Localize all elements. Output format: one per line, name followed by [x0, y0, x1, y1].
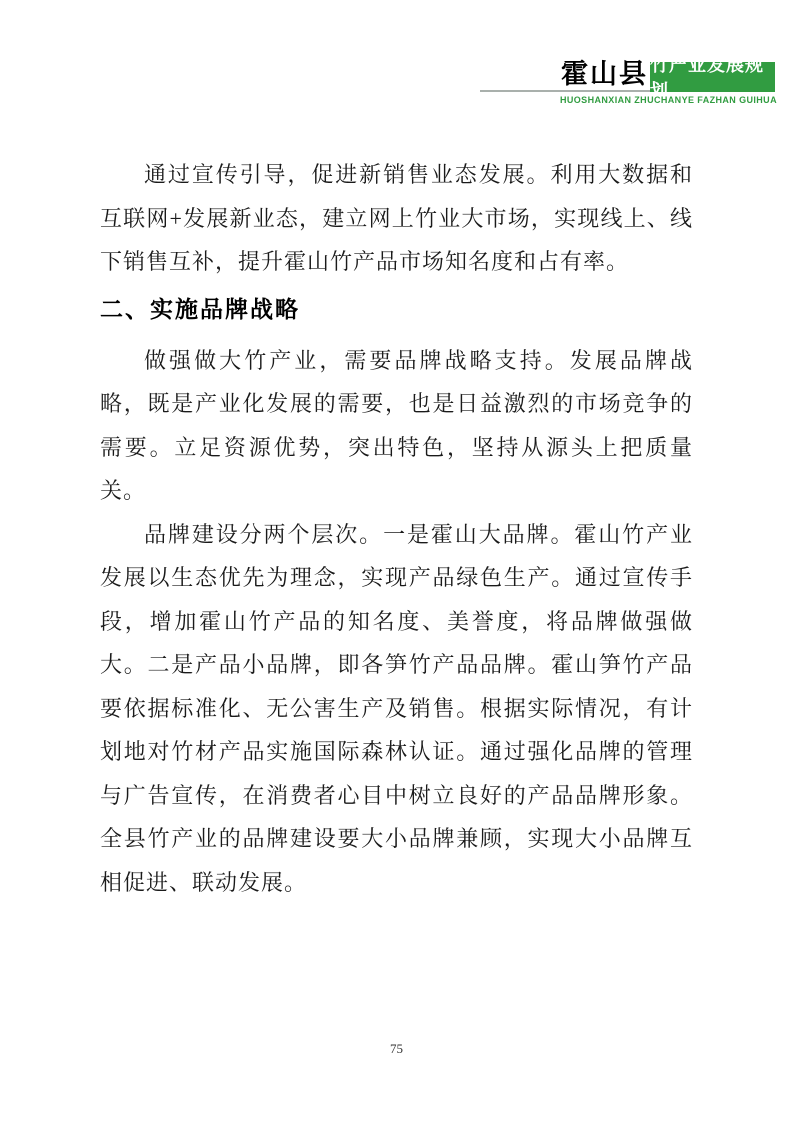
- document-body: 通过宣传引导，促进新销售业态发展。利用大数据和互联网+发展新业态，建立网上竹业大…: [100, 153, 693, 904]
- paragraph-2: 做强做大竹产业，需要品牌战略支持。发展品牌战略，既是产业化发展的需要，也是日益激…: [100, 339, 693, 513]
- document-page: 霍山县 竹产业发展规划 HUOSHANXIAN ZHUCHANYE FAZHAN…: [0, 0, 793, 1122]
- header-pinyin-subtitle: HUOSHANXIAN ZHUCHANYE FAZHAN GUIHUA: [480, 95, 777, 105]
- paragraph-3: 品牌建设分两个层次。一是霍山大品牌。霍山竹产业发展以生态优先为理念，实现产品绿色…: [100, 513, 693, 905]
- page-number: 75: [0, 1041, 793, 1057]
- section-heading: 二、实施品牌战略: [100, 293, 693, 326]
- paragraph-1: 通过宣传引导，促进新销售业态发展。利用大数据和互联网+发展新业态，建立网上竹业大…: [100, 153, 693, 284]
- header-plan-title-badge: 竹产业发展规划: [650, 62, 775, 92]
- header-county-name: 霍山县: [556, 58, 648, 90]
